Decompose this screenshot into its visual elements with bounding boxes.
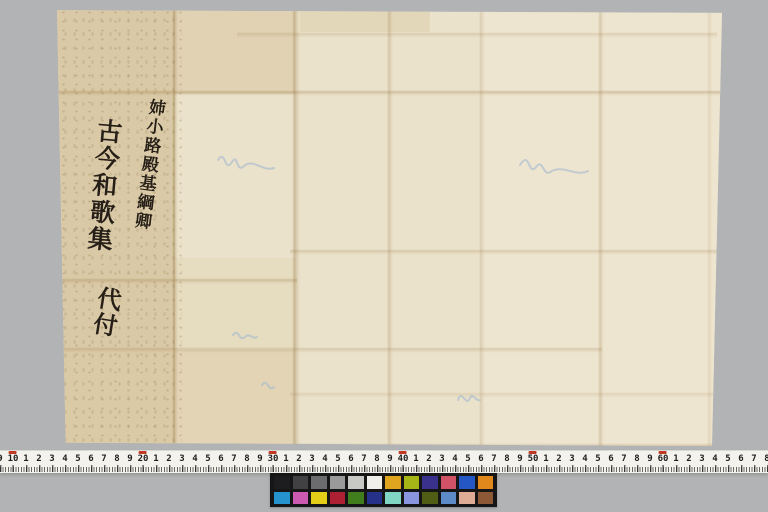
tape-unit-tick: [52, 465, 53, 472]
color-patch: [385, 492, 401, 505]
tape-number: 3: [569, 454, 574, 464]
tape-unit-tick: [598, 465, 599, 472]
tape-unit-tick: [117, 465, 118, 472]
tape-number: 9: [127, 454, 132, 464]
tape-decade-red-mark: [269, 451, 277, 454]
pencil-scribble: [520, 160, 588, 173]
tape-number: 1: [673, 454, 678, 464]
color-patch: [459, 492, 475, 505]
manuscript-paper: 姉小路殿基綱卿 古今和歌集 代付: [57, 8, 724, 447]
tape-number: 3: [699, 454, 704, 464]
tape-unit-tick: [364, 465, 365, 472]
color-patch: [330, 492, 346, 505]
tape-number: 1: [153, 454, 158, 464]
tape-unit-tick: [247, 465, 248, 472]
tape-number: 5: [725, 454, 730, 464]
tape-decade-red-mark: [659, 451, 667, 454]
pencil-scribble: [233, 333, 257, 339]
tape-unit-tick: [663, 465, 664, 472]
tape-unit-tick: [156, 465, 157, 472]
tape-number: 3: [309, 454, 314, 464]
tape-number: 7: [231, 454, 236, 464]
pencil-scribbles: [57, 8, 724, 447]
tape-unit-tick: [429, 465, 430, 472]
color-patch: [348, 476, 364, 489]
color-patch: [404, 476, 420, 489]
tape-number: 2: [426, 454, 431, 464]
tape-decade-red-mark: [139, 451, 147, 454]
tape-decade-red-mark: [9, 451, 17, 454]
tape-unit-tick: [611, 465, 612, 472]
photo-background: 姉小路殿基綱卿 古今和歌集 代付 91012345678920123456789…: [0, 0, 768, 512]
tape-unit-tick: [130, 465, 131, 472]
tape-unit-tick: [260, 465, 261, 472]
tape-number: 1: [543, 454, 548, 464]
tape-unit-tick: [754, 465, 755, 472]
color-patch: [293, 476, 309, 489]
tape-number: 5: [205, 454, 210, 464]
tape-number: 5: [465, 454, 470, 464]
tape-unit-tick: [104, 465, 105, 472]
color-patch: [293, 492, 309, 505]
color-patch: [311, 476, 327, 489]
pencil-scribble: [458, 396, 480, 401]
tape-decade-number: 20: [138, 454, 149, 464]
tape-unit-tick: [195, 465, 196, 472]
tape-number: 7: [491, 454, 496, 464]
color-patch: [478, 492, 494, 505]
tape-number: 2: [166, 454, 171, 464]
tape-number: 2: [686, 454, 691, 464]
tape-decade-number: 40: [398, 454, 409, 464]
tape-unit-tick: [494, 465, 495, 472]
tape-number: 6: [218, 454, 223, 464]
tape-unit-tick: [481, 465, 482, 472]
tape-unit-tick: [624, 465, 625, 472]
tape-number: 6: [348, 454, 353, 464]
tape-unit-tick: [338, 465, 339, 472]
tape-number: 7: [101, 454, 106, 464]
tape-number: 3: [179, 454, 184, 464]
color-patch: [478, 476, 494, 489]
color-patch: [274, 476, 290, 489]
tape-unit-tick: [702, 465, 703, 472]
tape-number: 5: [75, 454, 80, 464]
tape-unit-tick: [546, 465, 547, 472]
tape-number: 9: [0, 454, 3, 464]
tape-number: 4: [62, 454, 67, 464]
tape-unit-tick: [689, 465, 690, 472]
color-patch: [367, 476, 383, 489]
tape-number: 2: [556, 454, 561, 464]
tape-number: 4: [192, 454, 197, 464]
tape-unit-tick: [273, 465, 274, 472]
tape-number: 1: [413, 454, 418, 464]
tape-unit-tick: [312, 465, 313, 472]
tape-number: 2: [296, 454, 301, 464]
tape-unit-tick: [559, 465, 560, 472]
tape-number: 9: [387, 454, 392, 464]
tape-unit-tick: [182, 465, 183, 472]
tape-number: 3: [49, 454, 54, 464]
color-patch: [330, 476, 346, 489]
tape-unit-tick: [416, 465, 417, 472]
tape-unit-tick: [390, 465, 391, 472]
tape-decade-red-mark: [529, 451, 537, 454]
tape-unit-tick: [65, 465, 66, 472]
tape-unit-tick: [39, 465, 40, 472]
color-patch: [422, 492, 438, 505]
tape-number: 7: [621, 454, 626, 464]
tape-unit-tick: [442, 465, 443, 472]
tape-unit-tick: [26, 465, 27, 472]
tape-unit-tick: [585, 465, 586, 472]
tape-unit-tick: [468, 465, 469, 472]
tape-number: 7: [751, 454, 756, 464]
tape-number: 3: [439, 454, 444, 464]
tape-unit-tick: [351, 465, 352, 472]
tape-unit-tick: [0, 465, 1, 472]
tape-number: 6: [88, 454, 93, 464]
tape-unit-tick: [533, 465, 534, 472]
tape-unit-tick: [520, 465, 521, 472]
tape-unit-tick: [78, 465, 79, 472]
tape-decade-number: 10: [8, 454, 19, 464]
color-patch: [441, 476, 457, 489]
color-patch: [367, 492, 383, 505]
tape-number: 6: [738, 454, 743, 464]
color-patch: [311, 492, 327, 505]
color-patch: [459, 476, 475, 489]
tape-number: 8: [114, 454, 119, 464]
tape-unit-tick: [221, 465, 222, 472]
color-patch: [274, 492, 290, 505]
tape-unit-tick: [455, 465, 456, 472]
color-patch: [385, 476, 401, 489]
tape-number: 6: [478, 454, 483, 464]
tape-unit-tick: [637, 465, 638, 472]
tape-number: 8: [244, 454, 249, 464]
tape-number: 5: [595, 454, 600, 464]
tape-number: 5: [335, 454, 340, 464]
tape-number: 8: [764, 454, 768, 464]
tape-number: 8: [634, 454, 639, 464]
tape-unit-tick: [676, 465, 677, 472]
tape-unit-tick: [299, 465, 300, 472]
tape-unit-tick: [286, 465, 287, 472]
tape-number: 7: [361, 454, 366, 464]
tape-unit-tick: [650, 465, 651, 472]
tape-unit-tick: [234, 465, 235, 472]
color-patch: [422, 476, 438, 489]
tape-unit-tick: [208, 465, 209, 472]
tape-number: 8: [374, 454, 379, 464]
tape-number: 2: [36, 454, 41, 464]
tape-number: 4: [712, 454, 717, 464]
tape-unit-tick: [728, 465, 729, 472]
tape-unit-tick: [377, 465, 378, 472]
pencil-scribble: [262, 383, 274, 389]
tape-number: 1: [283, 454, 288, 464]
tape-number: 9: [517, 454, 522, 464]
tape-unit-tick: [169, 465, 170, 472]
tape-unit-tick: [143, 465, 144, 472]
tape-unit-tick: [13, 465, 14, 472]
tape-number: 4: [322, 454, 327, 464]
tape-unit-tick: [325, 465, 326, 472]
tape-unit-tick: [507, 465, 508, 472]
tape-unit-tick: [91, 465, 92, 472]
color-patch: [441, 492, 457, 505]
tape-decade-number: 50: [528, 454, 539, 464]
tape-number: 8: [504, 454, 509, 464]
tape-unit-tick: [403, 465, 404, 472]
tape-unit-tick: [741, 465, 742, 472]
tape-decade-number: 60: [658, 454, 669, 464]
tape-millimeter-ticks: [0, 467, 768, 472]
tape-number: 6: [608, 454, 613, 464]
tape-number: 9: [257, 454, 262, 464]
tape-number: 4: [582, 454, 587, 464]
pencil-scribble: [218, 157, 274, 169]
tape-number: 1: [23, 454, 28, 464]
tape-decade-red-mark: [399, 451, 407, 454]
tape-unit-tick: [572, 465, 573, 472]
color-patch: [404, 492, 420, 505]
color-calibration-chart: [270, 473, 497, 507]
tape-number: 9: [647, 454, 652, 464]
measuring-tape: 9101234567892012345678930123456789401234…: [0, 450, 768, 473]
tape-unit-tick: [715, 465, 716, 472]
tape-number: 4: [452, 454, 457, 464]
tape-decade-number: 30: [268, 454, 279, 464]
color-patch: [348, 492, 364, 505]
